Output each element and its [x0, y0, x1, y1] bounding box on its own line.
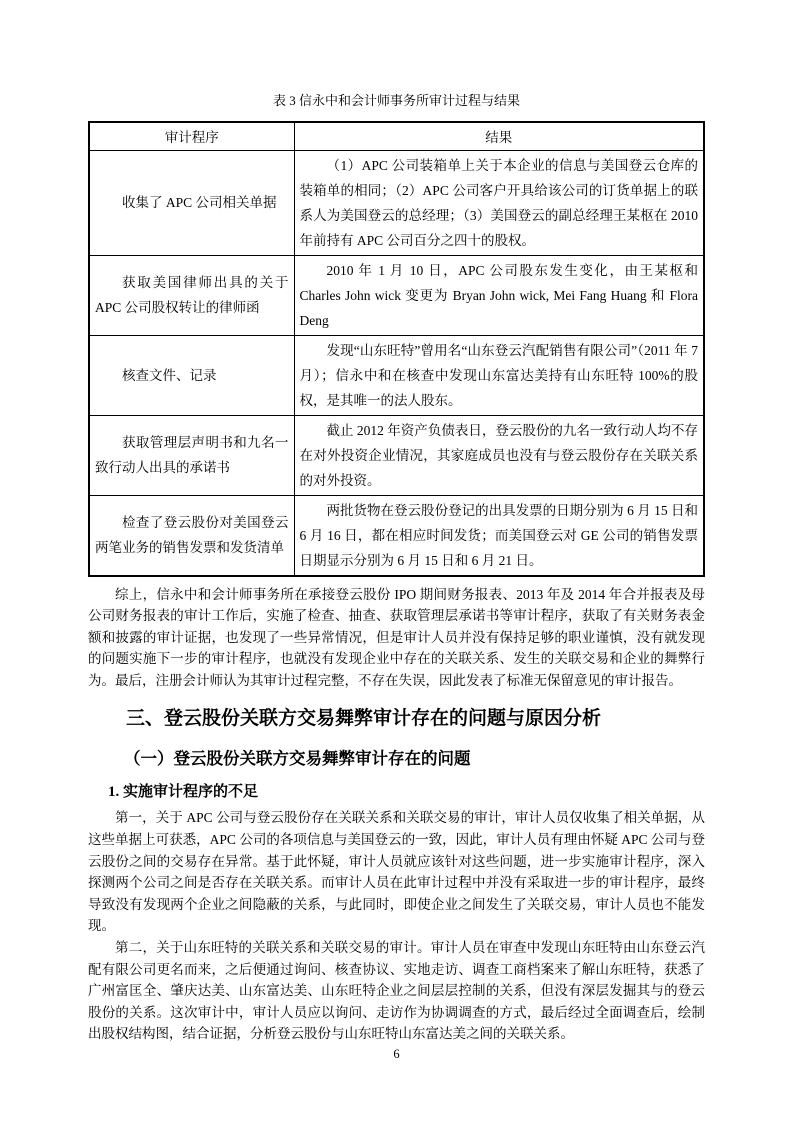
- procedure-text: 核查文件、记录: [95, 363, 289, 388]
- procedure-cell: 检查了登云股份对美国登云两笔业务的销售发票和发货清单: [89, 495, 294, 576]
- procedure-cell: 获取美国律师出具的关于 APC 公司股权转让的律师函: [89, 255, 294, 335]
- procedure-cell: 核查文件、记录: [89, 335, 294, 415]
- result-text: 两批货物在登云股份登记的出具发票的日期分别为 6 月 15 日和 6 月 16 …: [300, 498, 699, 573]
- section-heading: 三、登云股份关联方交易舞弊审计存在的问题与原因分析: [88, 706, 705, 732]
- table-row: 获取管理层声明书和九名一致行动人出具的承诺书 截止 2012 年资产负债表日，登…: [89, 415, 704, 495]
- procedure-cell: 收集了 APC 公司相关单据: [89, 150, 294, 255]
- procedure-text: 获取美国律师出具的关于 APC 公司股权转让的律师函: [95, 270, 289, 320]
- procedure-text: 获取管理层声明书和九名一致行动人出具的承诺书: [95, 430, 289, 480]
- col-header-procedure: 审计程序: [89, 122, 294, 150]
- result-cell: 两批货物在登云股份登记的出具发票的日期分别为 6 月 15 日和 6 月 16 …: [294, 495, 704, 576]
- document-page: 表 3 信永中和会计师事务所审计过程与结果 审计程序 结果 收集了 APC 公司…: [0, 0, 793, 1122]
- audit-procedure-table: 审计程序 结果 收集了 APC 公司相关单据 （1）APC 公司装箱单上关于本企…: [88, 121, 705, 577]
- result-cell: 2010 年 1 月 10 日，APC 公司股东发生变化，由王某枢和 Charl…: [294, 255, 704, 335]
- table-row: 获取美国律师出具的关于 APC 公司股权转让的律师函 2010 年 1 月 10…: [89, 255, 704, 335]
- procedure-text: 收集了 APC 公司相关单据: [95, 190, 289, 215]
- paragraph-first-point: 第一，关于 APC 公司与登云股份存在关联关系和关联交易的审计，审计人员仅收集了…: [88, 807, 705, 937]
- result-cell: 发现“山东旺特”曾用名“山东登云汽配销售有限公司”（2011 年 7 月）；信永…: [294, 335, 704, 415]
- table-caption: 表 3 信永中和会计师事务所审计过程与结果: [88, 92, 705, 110]
- result-text: （1）APC 公司装箱单上关于本企业的信息与美国登云仓库的装箱单的相同；（2）A…: [300, 153, 699, 253]
- result-text: 2010 年 1 月 10 日，APC 公司股东发生变化，由王某枢和 Charl…: [300, 258, 699, 333]
- col-header-result: 结果: [294, 122, 704, 150]
- paragraph-second-point: 第二，关于山东旺特的关联关系和关联交易的审计。审计人员在审查中发现山东旺特由山东…: [88, 937, 705, 1045]
- table-row: 检查了登云股份对美国登云两笔业务的销售发票和发货清单 两批货物在登云股份登记的出…: [89, 495, 704, 576]
- page-number: 6: [0, 1047, 793, 1062]
- table-row: 收集了 APC 公司相关单据 （1）APC 公司装箱单上关于本企业的信息与美国登…: [89, 150, 704, 255]
- result-text: 截止 2012 年资产负债表日，登云股份的九名一致行动人均不存在对外投资企业情况…: [300, 418, 699, 493]
- procedure-cell: 获取管理层声明书和九名一致行动人出具的承诺书: [89, 415, 294, 495]
- result-cell: 截止 2012 年资产负债表日，登云股份的九名一致行动人均不存在对外投资企业情况…: [294, 415, 704, 495]
- result-cell: （1）APC 公司装箱单上关于本企业的信息与美国登云仓库的装箱单的相同；（2）A…: [294, 150, 704, 255]
- page-content: 表 3 信永中和会计师事务所审计过程与结果 审计程序 结果 收集了 APC 公司…: [0, 0, 793, 1045]
- table-header-row: 审计程序 结果: [89, 122, 704, 150]
- subsection-heading: （一）登云股份关联方交易舞弊审计存在的问题: [88, 747, 705, 770]
- summary-paragraph: 综上，信永中和会计师事务所在承接登云股份 IPO 期间财务报表、2013 年及 …: [88, 584, 705, 692]
- result-text: 发现“山东旺特”曾用名“山东登云汽配销售有限公司”（2011 年 7 月）；信永…: [300, 338, 699, 413]
- sub-subsection-heading: 1. 实施审计程序的不足: [88, 782, 705, 803]
- table-row: 核查文件、记录 发现“山东旺特”曾用名“山东登云汽配销售有限公司”（2011 年…: [89, 335, 704, 415]
- procedure-text: 检查了登云股份对美国登云两笔业务的销售发票和发货清单: [95, 510, 289, 560]
